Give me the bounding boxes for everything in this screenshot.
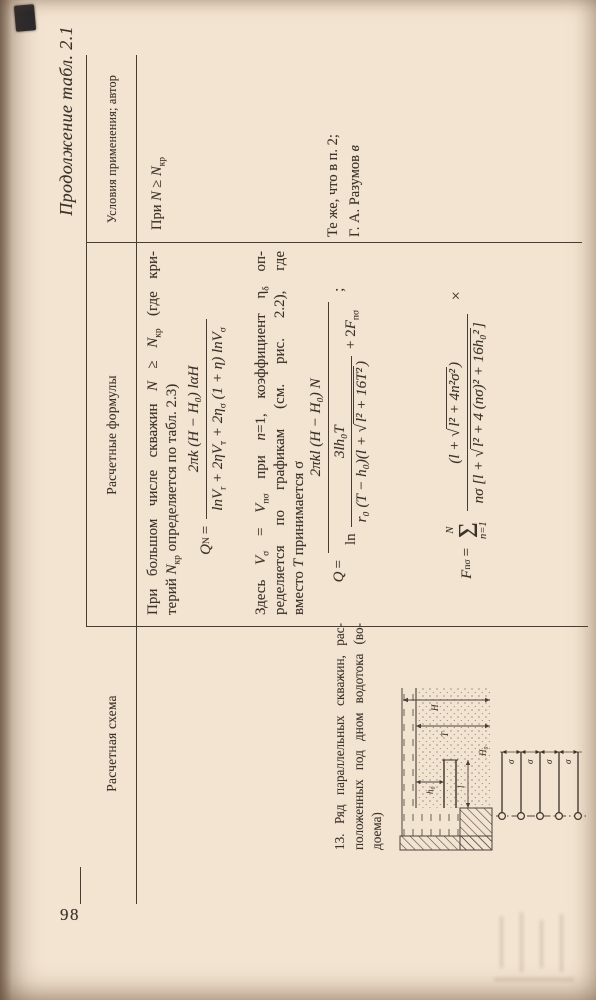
var-N: N xyxy=(149,166,165,176)
math-expression: (l + xyxy=(447,437,463,464)
well-circles xyxy=(499,813,582,820)
var-Q: Q xyxy=(331,571,348,582)
var-N: N xyxy=(164,564,180,574)
bleed-through-artifact xyxy=(494,910,582,992)
text-segment: при xyxy=(253,440,269,493)
var-N: N xyxy=(149,191,165,201)
column-header-conditions: Условия применения; автор xyxy=(105,55,120,243)
denominator: nσ [l + √l² + 4 (nσ)² + 16h₀²] xyxy=(467,314,488,511)
note-line: Г. А. Разумов в xyxy=(345,53,367,237)
denominator: lnVr + 2ηVт + 2ησ (1 + η) lnVσ xyxy=(206,319,227,519)
dim-label-T: T xyxy=(440,731,450,737)
sigma-label: σ xyxy=(563,759,573,764)
column-header-scheme: Расчетная схема xyxy=(104,627,120,860)
radical: √l² + 16T² xyxy=(353,366,370,432)
var-N: N xyxy=(145,338,161,348)
bleed-mark xyxy=(500,916,503,968)
equals-sign: = xyxy=(198,526,215,534)
text-segment: терий xyxy=(164,574,180,615)
math-expression: l² + 4n²σ² xyxy=(447,369,463,427)
condition-line: При N ≥ Nкр xyxy=(149,157,166,230)
summation: N Σ n=1 xyxy=(446,521,490,539)
numerator: 2πkl (H − H₀) N xyxy=(308,371,328,485)
scheme-line: доема) xyxy=(368,623,387,850)
formula-note-paragraph: Здесь Vσ = Vпσ при n=1, коэффициент ηδ о… xyxy=(252,251,309,615)
sigma-label: σ xyxy=(544,759,554,764)
math-expression: l² + 4 (nσ)² + 16h₀² xyxy=(471,330,487,447)
author-name: Г. А. Разумов xyxy=(347,151,363,237)
scheme-description: 13. Ряд параллельных скважин, рас- полож… xyxy=(331,623,387,850)
subscript: δ xyxy=(262,286,272,290)
equals-sign: = xyxy=(331,560,348,568)
var-V: V xyxy=(253,556,269,565)
dim-label-H: H xyxy=(430,704,440,712)
shaft-floor-hatch xyxy=(460,808,492,850)
fraction: 2πkl (H − H₀) N ln 3lh₀T r₀ (T − h₀)(l +… xyxy=(308,302,371,553)
sigma-label: σ xyxy=(525,759,535,764)
text-segment: вместо xyxy=(291,567,307,615)
sum-lower-limit: n=1 xyxy=(479,521,490,539)
denominator: r₀ (T − h₀)(l + √l² + 16T²) xyxy=(351,356,371,527)
subscript: r xyxy=(219,487,229,490)
math-expression: ] xyxy=(471,322,487,328)
scheme-line: положенных под дном водотока (во- xyxy=(350,623,369,850)
var-F: F xyxy=(343,320,359,329)
radicand: l² + 16T² xyxy=(353,366,370,424)
f-term: + 2Fпσ xyxy=(343,310,360,349)
subscript: σ xyxy=(219,403,229,408)
formula-intro-paragraph: При большом числе скважин N ≥ Nкр (где к… xyxy=(144,251,182,615)
text-segment: ≥ xyxy=(149,176,165,191)
sigma-label: σ xyxy=(506,759,516,764)
paragraph-line: ределяется по графикам (см. рис. 2.2), г… xyxy=(271,251,290,615)
paragraph-line: При большом числе скважин N ≥ Nкр (где к… xyxy=(144,251,163,615)
table-top-rule-stub xyxy=(80,867,81,904)
sqrt-sign: √ xyxy=(447,429,463,437)
math-expression: nσ [l + xyxy=(471,457,487,503)
numerator: 2πk (H − H₀) lαH xyxy=(186,358,206,481)
dim-label-h0: h₀ xyxy=(425,786,435,794)
inner-fraction: 3lh₀T r₀ (T − h₀)(l + √l² + 16T²) xyxy=(332,356,371,527)
text-segment: ≥ xyxy=(145,348,161,381)
formula-qn: QN = 2πk (H − H₀) lαH lnVr + 2ηVт + 2ησ … xyxy=(186,243,227,627)
scan-ink-artifact xyxy=(14,4,36,32)
text-segment: принимается σ xyxy=(291,461,307,559)
var-n: n xyxy=(253,433,269,441)
math-expression: + 2ηV xyxy=(210,445,226,487)
var-Q: Q xyxy=(198,544,215,555)
note-line: Те же, что в п. 2; xyxy=(323,53,345,237)
subscript: т xyxy=(219,441,229,445)
bleed-mark xyxy=(494,978,574,981)
bleed-mark xyxy=(560,914,563,972)
text-segment: определяется по табл. 2.3) xyxy=(164,384,180,555)
scanned-book-page: Продолжение табл. 2.1 Расчетная схема Ра… xyxy=(0,0,596,1000)
paragraph-line: терий Nкр определяется по табл. 2.3) xyxy=(163,251,182,615)
var-T: T xyxy=(291,559,307,567)
formula-f: Fпσ = N Σ n=1 (l + √l² + 4n²σ²) nσ [l + … xyxy=(446,243,490,627)
numerator: (l + √l² + 4n²σ²) xyxy=(447,354,467,472)
math-expression: 3lh₀T xyxy=(332,425,348,458)
dim-label-H0: H₀ xyxy=(478,746,488,757)
header-bottom-rule xyxy=(136,55,137,904)
ln-operator: ln xyxy=(343,533,360,545)
sqrt-sign: √ xyxy=(354,424,370,432)
column-header-formulas: Расчетные формулы xyxy=(104,243,120,627)
paragraph-line: вместо T принимается σ xyxy=(290,251,309,615)
subscript: пσ xyxy=(352,310,362,320)
text-segment: + 2 xyxy=(343,329,359,349)
radicand: l² + 4 (nσ)² + 16h₀² xyxy=(470,328,487,449)
text-segment: Здесь xyxy=(253,565,269,615)
dim-label-l: l xyxy=(456,785,466,788)
formula-q: Q = 2πkl (H − H₀) N ln 3lh₀T r₀ (T − h₀)… xyxy=(308,243,371,627)
table-continuation-title: Продолжение табл. 2.1 xyxy=(56,26,77,216)
math-expression: (1 + η) lnV xyxy=(210,332,226,403)
math-expression: ) xyxy=(447,362,463,367)
subscript: σ xyxy=(262,551,272,556)
text-segment: = xyxy=(253,513,269,551)
rotated-table-area: Продолжение табл. 2.1 Расчетная схема Ра… xyxy=(0,0,596,1000)
sqrt-sign: √ xyxy=(471,449,487,457)
plan-view-diagram: σ σ σ σ xyxy=(496,735,588,830)
math-expression: lnV xyxy=(210,490,226,511)
subscript: кр xyxy=(154,328,164,337)
semicolon: ; xyxy=(331,288,348,292)
math-expression: r₀ (T − h₀)(l + xyxy=(354,432,370,522)
river-water xyxy=(402,688,416,808)
page-number: 98 xyxy=(60,905,80,925)
math-expression: l² + 16T² xyxy=(354,368,370,422)
math-expression: 2πkl (H − H₀) N xyxy=(308,379,324,477)
paragraph-line: Здесь Vσ = Vпσ при n=1, коэффициент ηδ о… xyxy=(252,251,271,615)
text-segment: (где кри- xyxy=(145,251,161,328)
numerator: 3lh₀T xyxy=(332,420,351,463)
bleed-mark xyxy=(520,912,523,972)
denominator: ln 3lh₀T r₀ (T − h₀)(l + √l² + 16T²) + 2… xyxy=(328,302,371,553)
var-N: N xyxy=(145,381,161,391)
equals-sign: = xyxy=(459,548,476,556)
text-segment: При xyxy=(149,201,165,230)
scheme-line: 13. Ряд параллельных скважин, рас- xyxy=(331,623,350,850)
text-segment: При большом числе скважин xyxy=(145,391,161,615)
subscript: пσ xyxy=(262,493,272,503)
condition-author-note: Те же, что в п. 2; Г. А. Разумов в xyxy=(323,53,366,237)
radical: √l² + 4 (nσ)² + 16h₀² xyxy=(470,328,487,457)
math-expression: 2πk (H − H₀) lαH xyxy=(186,366,202,473)
continuation-times-sign: × xyxy=(448,291,466,300)
subscript: σ xyxy=(219,327,229,332)
fraction: 2πk (H − H₀) lαH lnVr + 2ηVт + 2ησ (1 + … xyxy=(186,319,227,519)
subscript: кр xyxy=(158,157,168,166)
shaft-water xyxy=(402,808,460,836)
table-top-rule xyxy=(86,55,87,627)
var-V: V xyxy=(253,504,269,513)
sigma-sum-sign: Σ xyxy=(457,522,480,538)
text-segment: =1, коэффициент η xyxy=(253,291,269,433)
radical: √l² + 4n²σ² xyxy=(446,367,463,437)
math-expression: + 2η xyxy=(210,408,226,441)
fraction: (l + √l² + 4n²σ²) nσ [l + √l² + 4 (nσ)² … xyxy=(447,314,488,511)
bleed-mark xyxy=(540,920,543,968)
subscript: кр xyxy=(173,555,183,564)
cross-section-diagram: H T h₀ l H₀ xyxy=(400,682,494,852)
var-F: F xyxy=(459,570,476,579)
text-segment: оп- xyxy=(253,251,269,286)
radicand: l² + 4n²σ² xyxy=(446,367,463,429)
reference-marker: в xyxy=(347,145,363,151)
math-expression: ) xyxy=(354,361,370,366)
